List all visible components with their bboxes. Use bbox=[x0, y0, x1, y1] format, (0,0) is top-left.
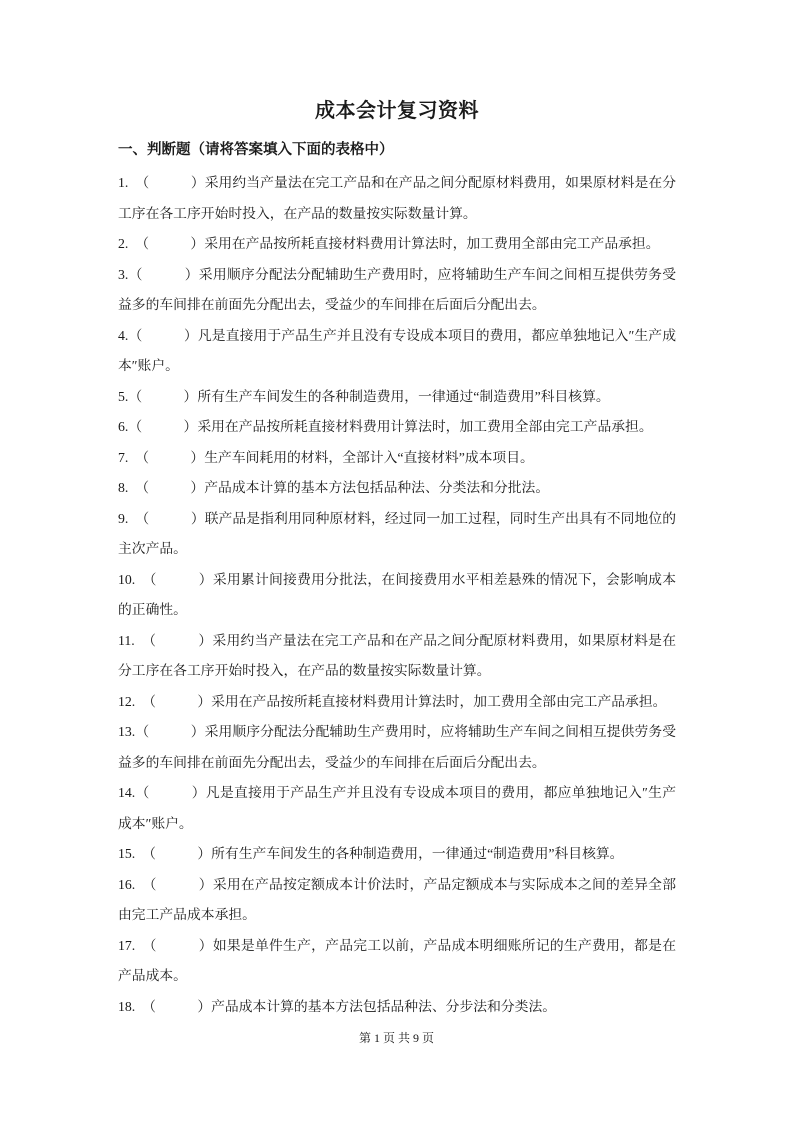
question-item: 16. （ ）采用在产品按定额成本计价法时，产品定额成本与实际成本之间的差异全部… bbox=[118, 870, 676, 931]
question-item: 1. （ ）采用约当产量法在完工产品和在产品之间分配原材料费用，如果原材料是在分… bbox=[118, 168, 676, 229]
question-item: 5.（ ）所有生产车间发生的各种制造费用，一律通过“制造费用”科目核算。 bbox=[118, 382, 676, 413]
document-content: 成本会计复习资料 一、判断题（请将答案填入下面的表格中） 1. （ ）采用约当产… bbox=[118, 0, 676, 1022]
question-item: 12. （ ）采用在产品按所耗直接材料费用计算法时，加工费用全部由完工产品承担。 bbox=[118, 687, 676, 718]
page-number-footer: 第 1 页 共 9 页 bbox=[0, 1030, 793, 1046]
question-item: 3.（ ）采用顺序分配法分配辅助生产费用时，应将辅助生产车间之间相互提供劳务受益… bbox=[118, 260, 676, 321]
document-page: 成本会计复习资料 一、判断题（请将答案填入下面的表格中） 1. （ ）采用约当产… bbox=[0, 0, 793, 1122]
question-item: 7. （ ）生产车间耗用的材料，全部计入“直接材料”成本项目。 bbox=[118, 443, 676, 474]
question-item: 18. （ ）产品成本计算的基本方法包括品种法、分步法和分类法。 bbox=[118, 992, 676, 1023]
section-heading: 一、判断题（请将答案填入下面的表格中） bbox=[118, 140, 676, 160]
question-item: 14.（ ）凡是直接用于产品生产并且没有专设成本项目的费用，都应单独地记入″生产… bbox=[118, 778, 676, 839]
question-item: 4.（ ）凡是直接用于产品生产并且没有专设成本项目的费用，都应单独地记入″生产成… bbox=[118, 321, 676, 382]
question-item: 8. （ ）产品成本计算的基本方法包括品种法、分类法和分批法。 bbox=[118, 473, 676, 504]
question-item: 9. （ ）联产品是指利用同种原材料，经过同一加工过程，同时生产出具有不同地位的… bbox=[118, 504, 676, 565]
question-item: 17. （ ）如果是单件生产，产品完工以前，产品成本明细账所记的生产费用，都是在… bbox=[118, 931, 676, 992]
question-item: 11. （ ）采用约当产量法在完工产品和在产品之间分配原材料费用，如果原材料是在… bbox=[118, 626, 676, 687]
question-item: 10. （ ）采用累计间接费用分批法，在间接费用水平相差悬殊的情况下，会影响成本… bbox=[118, 565, 676, 626]
question-item: 2. （ ）采用在产品按所耗直接材料费用计算法时，加工费用全部由完工产品承担。 bbox=[118, 229, 676, 260]
question-item: 6.（ ）采用在产品按所耗直接材料费用计算法时，加工费用全部由完工产品承担。 bbox=[118, 412, 676, 443]
question-item: 15. （ ）所有生产车间发生的各种制造费用，一律通过“制造费用”科目核算。 bbox=[118, 839, 676, 870]
question-item: 13.（ ）采用顺序分配法分配辅助生产费用时，应将辅助生产车间之间相互提供劳务受… bbox=[118, 717, 676, 778]
question-list: 1. （ ）采用约当产量法在完工产品和在产品之间分配原材料费用，如果原材料是在分… bbox=[118, 168, 676, 1022]
page-title: 成本会计复习资料 bbox=[118, 0, 676, 124]
